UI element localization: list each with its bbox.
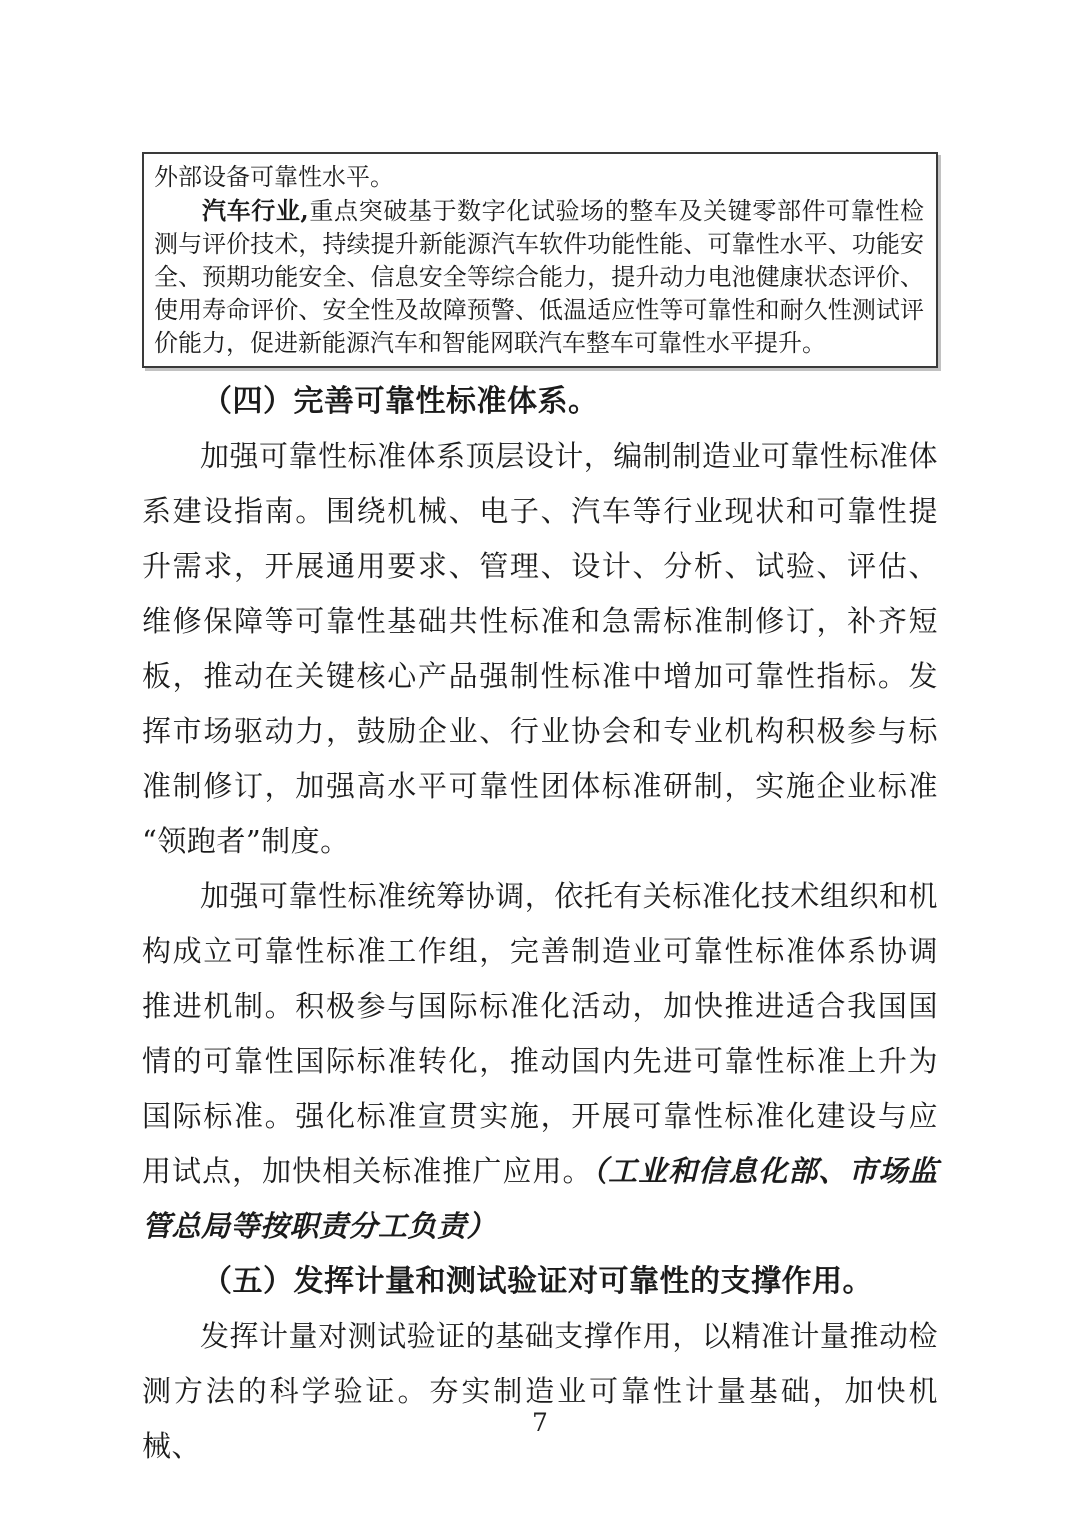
note-paragraph-2-lead: 汽车行业, <box>202 196 309 225</box>
note-paragraph-2: 汽车行业,重点突破基于数字化试验场的整车及关键零部件可靠性检测与评价技术，持续提… <box>154 194 924 360</box>
page-number: 7 <box>0 1408 1080 1438</box>
document-page: 外部设备可靠性水平。 汽车行业,重点突破基于数字化试验场的整车及关键零部件可靠性… <box>0 0 1080 1527</box>
section-4-heading: （四）完善可靠性标准体系。 <box>142 374 938 429</box>
paragraph-text: 加强可靠性标准统筹协调，依托有关标准化技术组织和机构成立可靠性标准工作组，完善制… <box>142 879 938 1188</box>
section-4-paragraph-1: 加强可靠性标准体系顶层设计，编制制造业可靠性标准体系建设指南。围绕机械、电子、汽… <box>142 429 938 869</box>
note-paragraph-1-text: 外部设备可靠性水平。 <box>154 163 394 191</box>
section-5-paragraph-1: 发挥计量对测试验证的基础支撑作用，以精准计量推动检测方法的科学验证。夯实制造业可… <box>142 1309 938 1474</box>
section-4-paragraph-2: 加强可靠性标准统筹协调，依托有关标准化技术组织和机构成立可靠性标准工作组，完善制… <box>142 869 938 1254</box>
note-paragraph-1: 外部设备可靠性水平。 <box>154 161 924 194</box>
paragraph-text: 发挥计量对测试验证的基础支撑作用，以精准计量推动检测方法的科学验证。夯实制造业可… <box>142 1319 938 1463</box>
paragraph-text: 加强可靠性标准体系顶层设计，编制制造业可靠性标准体系建设指南。围绕机械、电子、汽… <box>142 439 938 858</box>
section-5-heading: （五）发挥计量和测试验证对可靠性的支撑作用。 <box>142 1254 938 1309</box>
body-text: （四）完善可靠性标准体系。 加强可靠性标准体系顶层设计，编制制造业可靠性标准体系… <box>142 374 938 1474</box>
industry-note-box: 外部设备可靠性水平。 汽车行业,重点突破基于数字化试验场的整车及关键零部件可靠性… <box>142 152 938 368</box>
page-content: 外部设备可靠性水平。 汽车行业,重点突破基于数字化试验场的整车及关键零部件可靠性… <box>142 152 938 1474</box>
